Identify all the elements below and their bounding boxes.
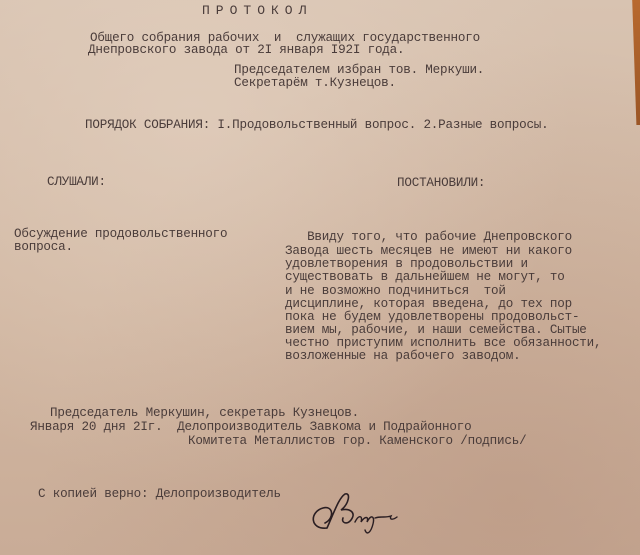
subtitle-line-2: Днепровского завода от 2I января I92I го… [88, 43, 404, 57]
resolved-label: ПОСТАНОВИЛИ: [397, 176, 485, 190]
resolution-line: вием мы, рабочие, и наши семейства. Сыты… [285, 323, 587, 337]
resolution-line: удовлетворения в продовольствии и [285, 257, 528, 271]
resolution-line: пока не будем удовлетворены продовольст- [285, 310, 579, 324]
agenda-line: ПОРЯДОК СОБРАНИЯ: I.Продовольственный во… [85, 118, 549, 132]
heard-label: СЛУШАЛИ: [47, 175, 106, 189]
resolution-line: честно приступим исполнить все обязаннос… [285, 336, 601, 350]
heard-line-2: вопроса. [14, 240, 73, 254]
resolution-line: дисциплине, которая введена, до тех пор [285, 297, 572, 311]
resolution-line: существовать в дальнейшем не могут, то [285, 270, 565, 284]
document-title: ПРОТОКОЛ [202, 4, 312, 18]
resolution-line: Завода шесть месяцев не имеют ни какого [285, 244, 572, 258]
handwritten-signature-icon [305, 490, 425, 540]
resolution-line: возложенные на рабочего заводом. [285, 349, 520, 363]
resolution-line: и не возможно подчиниться той [285, 284, 506, 298]
closing-line-2: Января 20 дня 2Iг. Делопроизводитель Зав… [30, 420, 471, 434]
certification-line: С копией верно: Делопроизводитель [38, 487, 281, 501]
secretary-line: Секретарём т.Кузнецов. [234, 76, 396, 90]
chairman-line: Председателем избран тов. Меркуши. [234, 63, 484, 77]
heard-line-1: Обсуждение продовольственного [14, 227, 227, 241]
closing-line-1: Председатель Меркушин, секретарь Кузнецо… [50, 406, 359, 420]
closing-line-3: Комитета Металлистов гор. Каменского /по… [188, 434, 526, 448]
resolution-line: Ввиду того, что рабочие Днепровского [285, 230, 572, 244]
